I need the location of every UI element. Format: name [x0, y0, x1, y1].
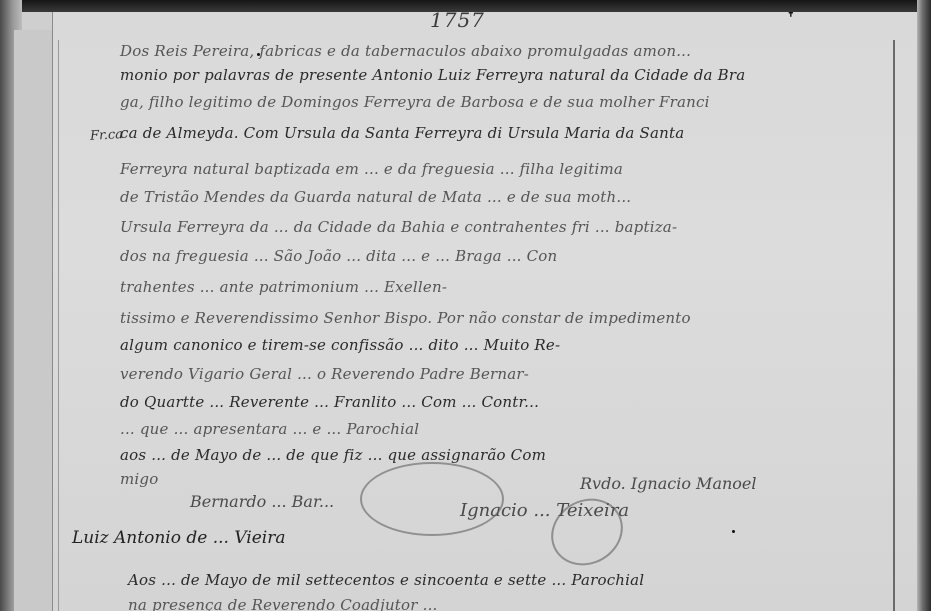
entry-line: algum canonico e tirem-se confissão ... …: [120, 336, 560, 354]
right-margin-rule: [893, 40, 895, 611]
entry-line: ca de Almeyda. Com Ursula da Santa Ferre…: [120, 124, 684, 142]
ink-spot: [732, 530, 735, 533]
entry-line: trahentes ... ante patrimonium ... Exell…: [120, 278, 447, 296]
entry-line: dos na freguesia ... São João ... dita .…: [120, 247, 557, 265]
entry-line: Ferreyra natural baptizada em ... e da f…: [120, 160, 623, 178]
previous-leaf: [14, 30, 56, 611]
entry-line: na presença de Reverendo Coadjutor ...: [128, 596, 438, 611]
entry-line: do Quartte ... Reverente ... Franlito ..…: [120, 393, 539, 411]
entry-line: verendo Vigario Geral ... o Reverendo Pa…: [120, 365, 529, 383]
entry-line: Dos Reis Pereira, fabricas e da tabernac…: [120, 42, 691, 60]
entry-line: de Tristão Mendes da Guarda natural de M…: [120, 188, 631, 206]
margin-note: Fr.ca: [90, 127, 124, 144]
groom-name-heading: Luiz Antonio de ... Vieira: [72, 528, 286, 548]
entry-line: ga, filho legitimo de Domingos Ferreyra …: [120, 93, 710, 111]
signature: Bernardo ... Bar...: [190, 492, 334, 511]
ink-spot: [257, 53, 260, 56]
entry-line: migo: [120, 470, 158, 488]
entry-line: Aos ... de Mayo de mil settecentos e sin…: [128, 571, 644, 589]
entry-line: tissimo e Reverendissimo Senhor Bispo. P…: [120, 309, 691, 327]
folio-year: 1757: [430, 8, 485, 32]
corner-mark: ᐪ: [788, 10, 793, 26]
margin-rule: [58, 40, 59, 611]
entry-line: monio por palavras de presente Antonio L…: [120, 66, 745, 84]
signature: Rvdo. Ignacio Manoel: [580, 474, 757, 493]
signature-flourish: [360, 462, 504, 536]
entry-line: ... que ... apresentara ... e ... Paroch…: [120, 420, 419, 438]
entry-line: Ursula Ferreyra da ... da Cidade da Bahi…: [120, 218, 677, 236]
binding-edge-right: [917, 0, 931, 611]
entry-line: aos ... de Mayo de ... de que fiz ... qu…: [120, 446, 546, 464]
